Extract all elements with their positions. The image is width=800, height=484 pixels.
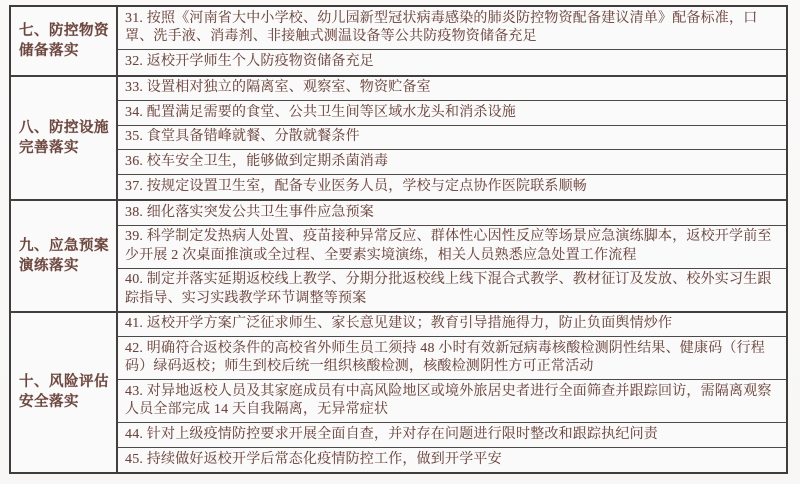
document-photo: 七、防控物资储备落实 31. 按照《河南省大中小学校、幼儿园新型冠状病毒感染的肺… <box>0 0 800 484</box>
item-text: 41. 返校开学方案广泛征求师生、家长意见建议；教育引导措施得力，防止负面舆情炒… <box>125 315 672 334</box>
checklist-item-43: 43. 对异地返校人员及其家庭成员有中高风险地区或境外旅居史者进行全面筛查并跟踪… <box>118 380 786 423</box>
checklist-item-37: 37. 按规定设置卫生室，配备专业医务人员，学校与定点协作医院联系顺畅 <box>118 175 786 200</box>
category-label: 八、防控设施完善落实 <box>19 118 113 158</box>
item-text: 34. 配置满足需要的食堂、公共卫生间等区域水龙头和消杀设施 <box>125 104 516 123</box>
checklist-item-42: 42. 明确符合返校条件的高校省外师生员工须持 48 小时有效新冠病毒核酸检测阴… <box>118 337 786 380</box>
checklist-item-34: 34. 配置满足需要的食堂、公共卫生间等区域水龙头和消杀设施 <box>118 101 786 126</box>
item-text: 33. 设置相对独立的隔离室、观察室、物资贮备室 <box>125 79 431 98</box>
category-cell-8: 八、防控设施完善落实 <box>11 77 118 200</box>
section-8-facilities: 八、防控设施完善落实 33. 设置相对独立的隔离室、观察室、物资贮备室 34. … <box>11 77 786 202</box>
checklist-item-40: 40. 制定并落实延期返校线上教学、分期分批返校线上线下混合式教学、教材征订及发… <box>118 269 786 311</box>
item-text: 36. 校车安全卫生，能够做到定期杀菌消毒 <box>125 153 388 172</box>
item-text: 40. 制定并落实延期返校线上教学、分期分批返校线上线下混合式教学、教材征订及发… <box>125 271 778 308</box>
item-text: 45. 持续做好返校开学后常态化疫情防控工作，做到开学平安 <box>125 451 502 470</box>
section-9-emergency-drill: 九、应急预案演练落实 38. 细化落实突发公共卫生事件应急预案 39. 科学制定… <box>11 201 786 313</box>
checklist-item-38: 38. 细化落实突发公共卫生事件应急预案 <box>118 201 786 226</box>
checklist-item-45: 45. 持续做好返校开学后常态化疫情防控工作，做到开学平安 <box>118 448 786 473</box>
category-label: 九、应急预案演练落实 <box>19 236 113 276</box>
category-cell-9: 九、应急预案演练落实 <box>11 201 118 311</box>
item-text: 38. 细化落实突发公共卫生事件应急预案 <box>125 204 374 223</box>
items-column: 33. 设置相对独立的隔离室、观察室、物资贮备室 34. 配置满足需要的食堂、公… <box>118 77 786 200</box>
item-text: 35. 食堂具备错峰就餐、分散就餐条件 <box>125 128 360 147</box>
item-text: 37. 按规定设置卫生室，配备专业医务人员，学校与定点协作医院联系顺畅 <box>125 178 587 197</box>
checklist-item-31: 31. 按照《河南省大中小学校、幼儿园新型冠状病毒感染的肺炎防控物资配备建议清单… <box>118 7 786 50</box>
item-text: 39. 科学制定发热病人处置、疫苗接种异常反应、群体性心因性反应等场景应急演练脚… <box>125 228 778 265</box>
category-cell-7: 七、防控物资储备落实 <box>11 7 118 75</box>
checklist-item-32: 32. 返校开学师生个人防疫物资储备充足 <box>118 50 786 75</box>
item-text: 32. 返校开学师生个人防疫物资储备充足 <box>125 53 374 72</box>
checklist-table: 七、防控物资储备落实 31. 按照《河南省大中小学校、幼儿园新型冠状病毒感染的肺… <box>9 5 788 474</box>
item-text: 42. 明确符合返校条件的高校省外师生员工须持 48 小时有效新冠病毒核酸检测阴… <box>125 340 778 377</box>
section-7-material-reserve: 七、防控物资储备落实 31. 按照《河南省大中小学校、幼儿园新型冠状病毒感染的肺… <box>11 7 786 77</box>
category-label: 十、风险评估安全落实 <box>19 372 113 412</box>
items-column: 41. 返校开学方案广泛征求师生、家长意见建议；教育引导措施得力，防止负面舆情炒… <box>118 313 786 473</box>
item-text: 44. 针对上级疫情防控要求开展全面自查，并对存在问题进行限时整改和跟踪执纪问责 <box>125 426 658 445</box>
checklist-item-44: 44. 针对上级疫情防控要求开展全面自查，并对存在问题进行限时整改和跟踪执纪问责 <box>118 423 786 448</box>
items-column: 38. 细化落实突发公共卫生事件应急预案 39. 科学制定发热病人处置、疫苗接种… <box>118 201 786 311</box>
category-cell-10: 十、风险评估安全落实 <box>11 313 118 473</box>
checklist-item-41: 41. 返校开学方案广泛征求师生、家长意见建议；教育引导措施得力，防止负面舆情炒… <box>118 313 786 338</box>
checklist-item-36: 36. 校车安全卫生，能够做到定期杀菌消毒 <box>118 150 786 175</box>
section-10-risk-assessment: 十、风险评估安全落实 41. 返校开学方案广泛征求师生、家长意见建议；教育引导措… <box>11 313 786 473</box>
item-text: 31. 按照《河南省大中小学校、幼儿园新型冠状病毒感染的肺炎防控物资配备建议清单… <box>125 10 778 47</box>
checklist-item-35: 35. 食堂具备错峰就餐、分散就餐条件 <box>118 126 786 151</box>
item-text: 43. 对异地返校人员及其家庭成员有中高风险地区或境外旅居史者进行全面筛查并跟踪… <box>125 383 778 420</box>
items-column: 31. 按照《河南省大中小学校、幼儿园新型冠状病毒感染的肺炎防控物资配备建议清单… <box>118 7 786 75</box>
checklist-item-33: 33. 设置相对独立的隔离室、观察室、物资贮备室 <box>118 77 786 102</box>
checklist-item-39: 39. 科学制定发热病人处置、疫苗接种异常反应、群体性心因性反应等场景应急演练脚… <box>118 226 786 269</box>
category-label: 七、防控物资储备落实 <box>19 21 113 61</box>
